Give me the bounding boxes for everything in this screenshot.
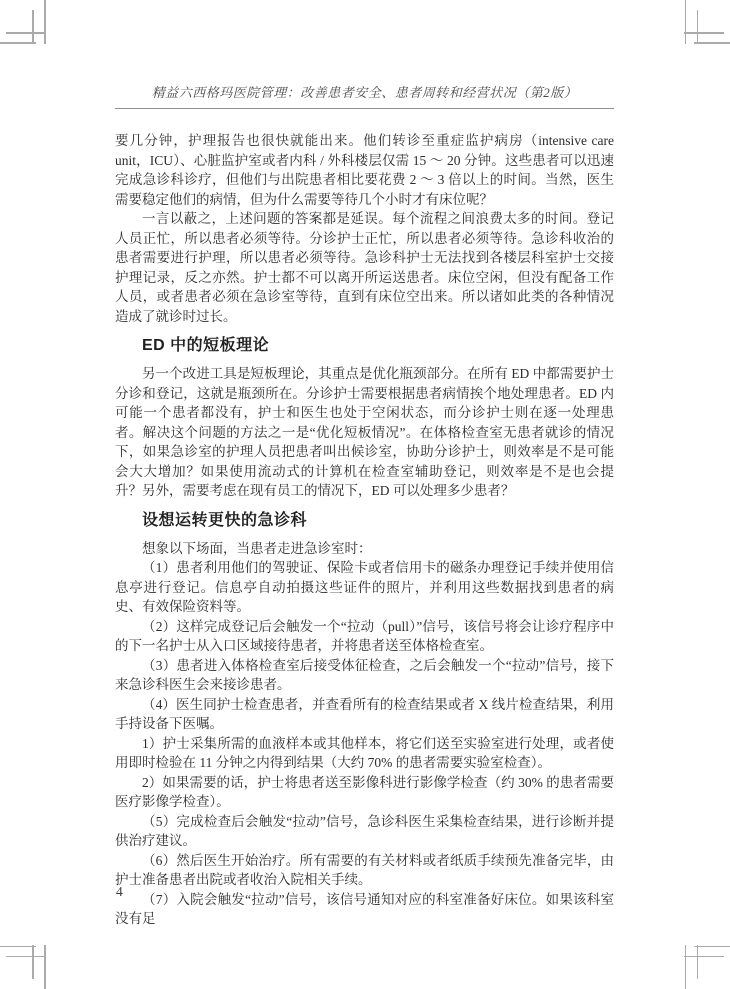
crop-mark-line [694, 946, 730, 948]
crop-mark-line [44, 0, 46, 44]
crop-mark-line [685, 0, 687, 44]
paragraph: （1）患者利用他们的驾驶证、保险卡或者信用卡的磁条办理登记手续并使用信息亭进行登… [115, 558, 614, 617]
running-head-book-title: 精益六西格玛医院管理：改善患者安全、患者周转和经营状况（第2版） [115, 82, 614, 109]
crop-mark-line [0, 42, 36, 44]
crop-mark-line [684, 956, 724, 958]
page-number: 4 [116, 884, 123, 900]
paragraph: （4）医生同护士检查患者，并查看所有的检查结果或者 X 线片检查结果，利用手持设… [115, 695, 614, 734]
paragraph: 1）护士采集所需的血液样本或其他样本，将它们送至实验室进行处理，或者使用即时检验… [115, 734, 614, 773]
crop-mark-line [44, 945, 46, 989]
crop-mark-line [6, 32, 46, 34]
page-content: 精益六西格玛医院管理：改善患者安全、患者周转和经营状况（第2版） 要几分钟，护理… [115, 82, 614, 929]
paragraph: 一言以蔽之，上述问题的答案都是延误。每个流程之间浪费太多的时间。登记人员正忙，所… [115, 209, 614, 326]
paragraph: 要几分钟，护理报告也很快就能出来。他们转诊至重症监护病房（intensive c… [115, 131, 614, 209]
paragraph: （7）入院会触发“拉动”信号，该信号通知对应的科室准备好床位。如果该科室没有足 [115, 890, 614, 929]
paragraph: （2）这样完成登记后会触发一个“拉动（pull）”信号，该信号将会让诊疗程序中的… [115, 617, 614, 656]
paragraph: （6）然后医生开始治疗。所有需要的有关材料或者纸质手续预先准备完毕，由护士准备患… [115, 851, 614, 890]
crop-mark-line [694, 42, 730, 44]
paragraph: （3）患者进入体格检查室后接受体征检查，之后会触发一个“拉动”信号，接下来急诊科… [115, 656, 614, 695]
section-heading: 设想运转更快的急诊科 [115, 510, 614, 532]
crop-mark-line [0, 946, 36, 948]
paragraph: 想象以下场面，当患者走进急诊室时： [115, 539, 614, 559]
crop-mark-line [697, 945, 699, 979]
crop-mark-line [685, 945, 687, 989]
crop-mark-line [6, 956, 46, 958]
crop-mark-line [32, 945, 34, 979]
paragraph: 另一个改进工具是短板理论，其重点是优化瓶颈部分。在所有 ED 中都需要护士分诊和… [115, 364, 614, 501]
crop-mark-line [697, 10, 699, 44]
section-heading: ED 中的短板理论 [115, 335, 614, 357]
paragraph: （5）完成检查后会触发“拉动”信号，急诊科医生采集检查结果，进行诊断并提供治疗建… [115, 812, 614, 851]
crop-mark-line [684, 32, 724, 34]
paragraph: 2）如果需要的话，护士将患者送至影像科进行影像学检查（约 30% 的患者需要医疗… [115, 773, 614, 812]
content-area: 要几分钟，护理报告也很快就能出来。他们转诊至重症监护病房（intensive c… [115, 131, 614, 929]
crop-mark-line [32, 10, 34, 44]
